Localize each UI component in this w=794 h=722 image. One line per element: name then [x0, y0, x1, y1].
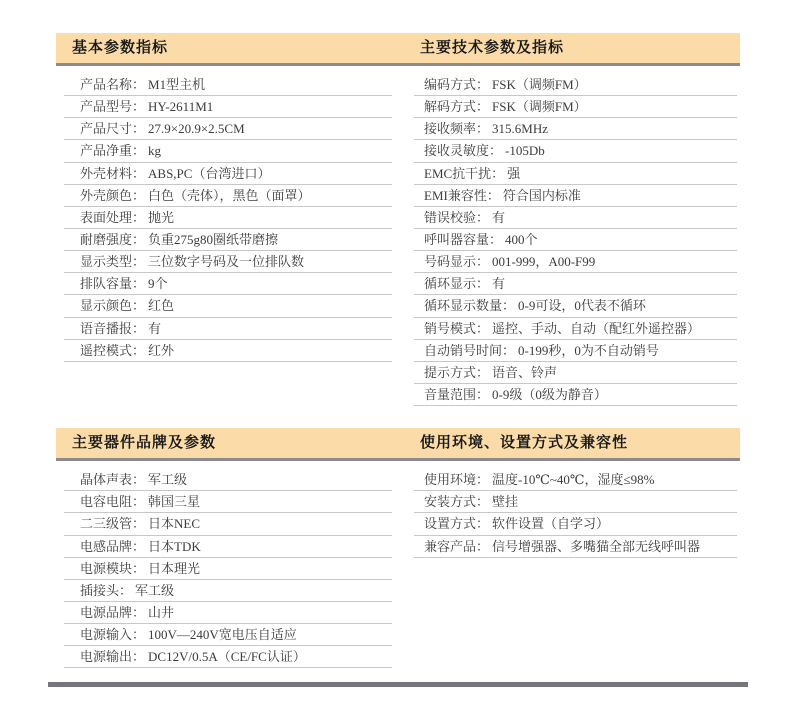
spec-label: 提示方式： — [424, 365, 489, 380]
spec-column-components: 晶体声表：军工级电容电阻：韩国三星二三级管：日本NEC电感品牌：日本TDK电源模… — [64, 469, 392, 668]
spec-value: DC12V/0.5A（CE/FC认证） — [148, 649, 306, 664]
spec-value: 400个 — [505, 232, 538, 247]
spec-row: 外壳颜色：白色（壳体），黑色（面罩） — [64, 185, 392, 207]
spec-label: 排队容量： — [80, 276, 145, 291]
spec-label: 错误校验： — [424, 210, 489, 225]
spec-label: 编码方式： — [424, 77, 489, 92]
spec-label: 号码显示： — [424, 254, 489, 269]
spec-row: 音量范围：0-9级（0级为静音） — [414, 384, 737, 406]
spec-label: 使用环境： — [424, 472, 489, 487]
spec-row: 电源品牌：山井 — [64, 602, 392, 624]
spec-row: 销号模式：遥控、手动、自动（配红外遥控器） — [414, 318, 737, 340]
spec-label: 接收频率： — [424, 121, 489, 136]
spec-label: 电源模块： — [80, 561, 145, 576]
spec-label: 显示颜色： — [80, 298, 145, 313]
spec-column-tech: 编码方式：FSK（调频FM）解码方式：FSK（调频FM）接收频率：315.6MH… — [414, 74, 737, 406]
spec-row: 插接头：军工级 — [64, 580, 392, 602]
spec-row: 使用环境：温度-10℃~40℃，湿度≤98% — [414, 469, 737, 491]
spec-row: 显示类型：三位数字号码及一位排队数 — [64, 251, 392, 273]
spec-row: 耐磨强度：负重275g80圈纸带磨擦 — [64, 229, 392, 251]
spec-row: 安装方式：壁挂 — [414, 491, 737, 513]
spec-label: 安装方式： — [424, 494, 489, 509]
spec-label: 音量范围： — [424, 387, 489, 402]
spec-label: 二三级管： — [80, 516, 145, 531]
spec-value: 抛光 — [148, 210, 174, 225]
spec-value: 100V—240V宽电压自适应 — [148, 627, 297, 642]
spec-value: 韩国三星 — [148, 494, 200, 509]
spec-value: 001-999，A00-F99 — [492, 254, 595, 269]
spec-row: 循环显示数量：0-9可设，0代表不循环 — [414, 295, 737, 317]
spec-label: 语音播报： — [80, 321, 145, 336]
spec-label: 插接头： — [80, 583, 132, 598]
spec-row: 设置方式：软件设置（自学习） — [414, 513, 737, 535]
spec-row: 自动销号时间：0-199秒，0为不自动销号 — [414, 340, 737, 362]
spec-label: 接收灵敏度： — [424, 143, 502, 158]
spec-row: 表面处理：抛光 — [64, 207, 392, 229]
spec-row: 循环显示：有 — [414, 273, 737, 295]
spec-label: 晶体声表： — [80, 472, 145, 487]
spec-column-basic: 产品名称：M1型主机产品型号：HY-2611M1产品尺寸：27.9×20.9×2… — [64, 74, 392, 362]
spec-row: 晶体声表：军工级 — [64, 469, 392, 491]
spec-value: 有 — [492, 276, 505, 291]
spec-row: 提示方式：语音、铃声 — [414, 362, 737, 384]
spec-label: 耐磨强度： — [80, 232, 145, 247]
spec-value: 软件设置（自学习） — [492, 516, 609, 531]
spec-value: FSK（调频FM） — [492, 99, 587, 114]
spec-label: 显示类型： — [80, 254, 145, 269]
spec-value: 315.6MHz — [492, 121, 548, 136]
spec-label: 解码方式： — [424, 99, 489, 114]
section-title-tech-params: 主要技术参数及指标 — [420, 33, 564, 63]
spec-row: EMI兼容性：符合国内标准 — [414, 185, 737, 207]
spec-row: 兼容产品：信号增强器、多嘴猫全部无线呼叫器 — [414, 536, 737, 558]
spec-value: 军工级 — [148, 472, 187, 487]
spec-row: 呼叫器容量：400个 — [414, 229, 737, 251]
spec-value: 壁挂 — [492, 494, 518, 509]
spec-label: EMI兼容性： — [424, 188, 500, 203]
spec-value: 9个 — [148, 276, 168, 291]
spec-value: 有 — [148, 321, 161, 336]
spec-value: 信号增强器、多嘴猫全部无线呼叫器 — [492, 539, 700, 554]
spec-value: 温度-10℃~40℃，湿度≤98% — [492, 472, 654, 487]
section-title-components: 主要器件品牌及参数 — [72, 428, 216, 458]
section-header-bar: 基本参数指标 主要技术参数及指标 — [56, 33, 740, 63]
spec-row: EMC抗干扰：强 — [414, 163, 737, 185]
footer-rule — [48, 682, 748, 687]
spec-value: 白色（壳体），黑色（面罩） — [148, 188, 311, 203]
spec-value: 红色 — [148, 298, 174, 313]
spec-label: EMC抗干扰： — [424, 166, 504, 181]
spec-columns: 产品名称：M1型主机产品型号：HY-2611M1产品尺寸：27.9×20.9×2… — [56, 74, 740, 406]
spec-row: 电感品牌：日本TDK — [64, 536, 392, 558]
spec-value: 山井 — [148, 605, 174, 620]
header-rule — [56, 63, 740, 66]
spec-row: 编码方式：FSK（调频FM） — [414, 74, 737, 96]
spec-value: 强 — [507, 166, 520, 181]
spec-value: 军工级 — [135, 583, 174, 598]
spec-value: 语音、铃声 — [492, 365, 557, 380]
spec-label: 呼叫器容量： — [424, 232, 502, 247]
spec-label: 电源品牌： — [80, 605, 145, 620]
spec-value: 日本NEC — [148, 516, 200, 531]
spec-row: 产品型号：HY-2611M1 — [64, 96, 392, 118]
spec-row: 外壳材料：ABS,PC（台湾进口） — [64, 163, 392, 185]
spec-value: 27.9×20.9×2.5CM — [148, 121, 245, 136]
spec-label: 产品名称： — [80, 77, 145, 92]
spec-label: 电容电阻： — [80, 494, 145, 509]
spec-column-environment: 使用环境：温度-10℃~40℃，湿度≤98%安装方式：壁挂设置方式：软件设置（自… — [414, 469, 737, 558]
section-title-environment: 使用环境、设置方式及兼容性 — [420, 428, 628, 458]
spec-row: 语音播报：有 — [64, 318, 392, 340]
spec-row: 二三级管：日本NEC — [64, 513, 392, 535]
spec-value: HY-2611M1 — [148, 99, 213, 114]
spec-row: 接收频率：315.6MHz — [414, 118, 737, 140]
spec-value: FSK（调频FM） — [492, 77, 587, 92]
spec-value: 红外 — [148, 343, 174, 358]
spec-label: 电源输出： — [80, 649, 145, 664]
spec-value: 0-9级（0级为静音） — [492, 387, 607, 402]
spec-label: 表面处理： — [80, 210, 145, 225]
spec-value: 日本理光 — [148, 561, 200, 576]
spec-row: 电源模块：日本理光 — [64, 558, 392, 580]
spec-label: 循环显示数量： — [424, 298, 515, 313]
spec-label: 自动销号时间： — [424, 343, 515, 358]
spec-row: 错误校验：有 — [414, 207, 737, 229]
spec-value: 负重275g80圈纸带磨擦 — [148, 232, 278, 247]
spec-row: 显示颜色：红色 — [64, 295, 392, 317]
spec-label: 兼容产品： — [424, 539, 489, 554]
spec-value: 日本TDK — [148, 539, 201, 554]
spec-row: 遥控模式：红外 — [64, 340, 392, 362]
spec-label: 循环显示： — [424, 276, 489, 291]
spec-columns: 晶体声表：军工级电容电阻：韩国三星二三级管：日本NEC电感品牌：日本TDK电源模… — [56, 469, 740, 668]
spec-label: 遥控模式： — [80, 343, 145, 358]
spec-row: 电源输出：DC12V/0.5A（CE/FC认证） — [64, 646, 392, 668]
spec-value: -105Db — [505, 143, 545, 158]
spec-row: 接收灵敏度：-105Db — [414, 140, 737, 162]
spec-label: 销号模式： — [424, 321, 489, 336]
product-spec-sheet: 基本参数指标 主要技术参数及指标 产品名称：M1型主机产品型号：HY-2611M… — [56, 33, 740, 687]
spec-value: 符合国内标准 — [503, 188, 581, 203]
spec-label: 产品型号： — [80, 99, 145, 114]
spec-label: 产品净重： — [80, 143, 145, 158]
section-basic-params: 基本参数指标 主要技术参数及指标 产品名称：M1型主机产品型号：HY-2611M… — [56, 33, 740, 406]
spec-label: 电源输入： — [80, 627, 145, 642]
section-header-bar: 主要器件品牌及参数 使用环境、设置方式及兼容性 — [56, 428, 740, 458]
spec-value: ABS,PC（台湾进口） — [148, 166, 270, 181]
spec-label: 电感品牌： — [80, 539, 145, 554]
header-rule — [56, 458, 740, 461]
section-components-env: 主要器件品牌及参数 使用环境、设置方式及兼容性 晶体声表：军工级电容电阻：韩国三… — [56, 428, 740, 668]
spec-row: 号码显示：001-999，A00-F99 — [414, 251, 737, 273]
spec-label: 设置方式： — [424, 516, 489, 531]
spec-row: 产品净重：kg — [64, 140, 392, 162]
spec-row: 电源输入：100V—240V宽电压自适应 — [64, 624, 392, 646]
spec-row: 排队容量：9个 — [64, 273, 392, 295]
spec-row: 解码方式：FSK（调频FM） — [414, 96, 737, 118]
spec-value: kg — [148, 143, 161, 158]
spec-row: 产品名称：M1型主机 — [64, 74, 392, 96]
spec-row: 电容电阻：韩国三星 — [64, 491, 392, 513]
section-title-basic-params: 基本参数指标 — [72, 33, 168, 63]
spec-value: M1型主机 — [148, 77, 205, 92]
spec-label: 产品尺寸： — [80, 121, 145, 136]
spec-value: 0-199秒，0为不自动销号 — [518, 343, 659, 358]
spec-value: 有 — [492, 210, 505, 225]
spec-row: 产品尺寸：27.9×20.9×2.5CM — [64, 118, 392, 140]
spec-value: 0-9可设，0代表不循环 — [518, 298, 646, 313]
spec-value: 遥控、手动、自动（配红外遥控器） — [492, 321, 700, 336]
spec-label: 外壳材料： — [80, 166, 145, 181]
spec-value: 三位数字号码及一位排队数 — [148, 254, 304, 269]
spec-label: 外壳颜色： — [80, 188, 145, 203]
